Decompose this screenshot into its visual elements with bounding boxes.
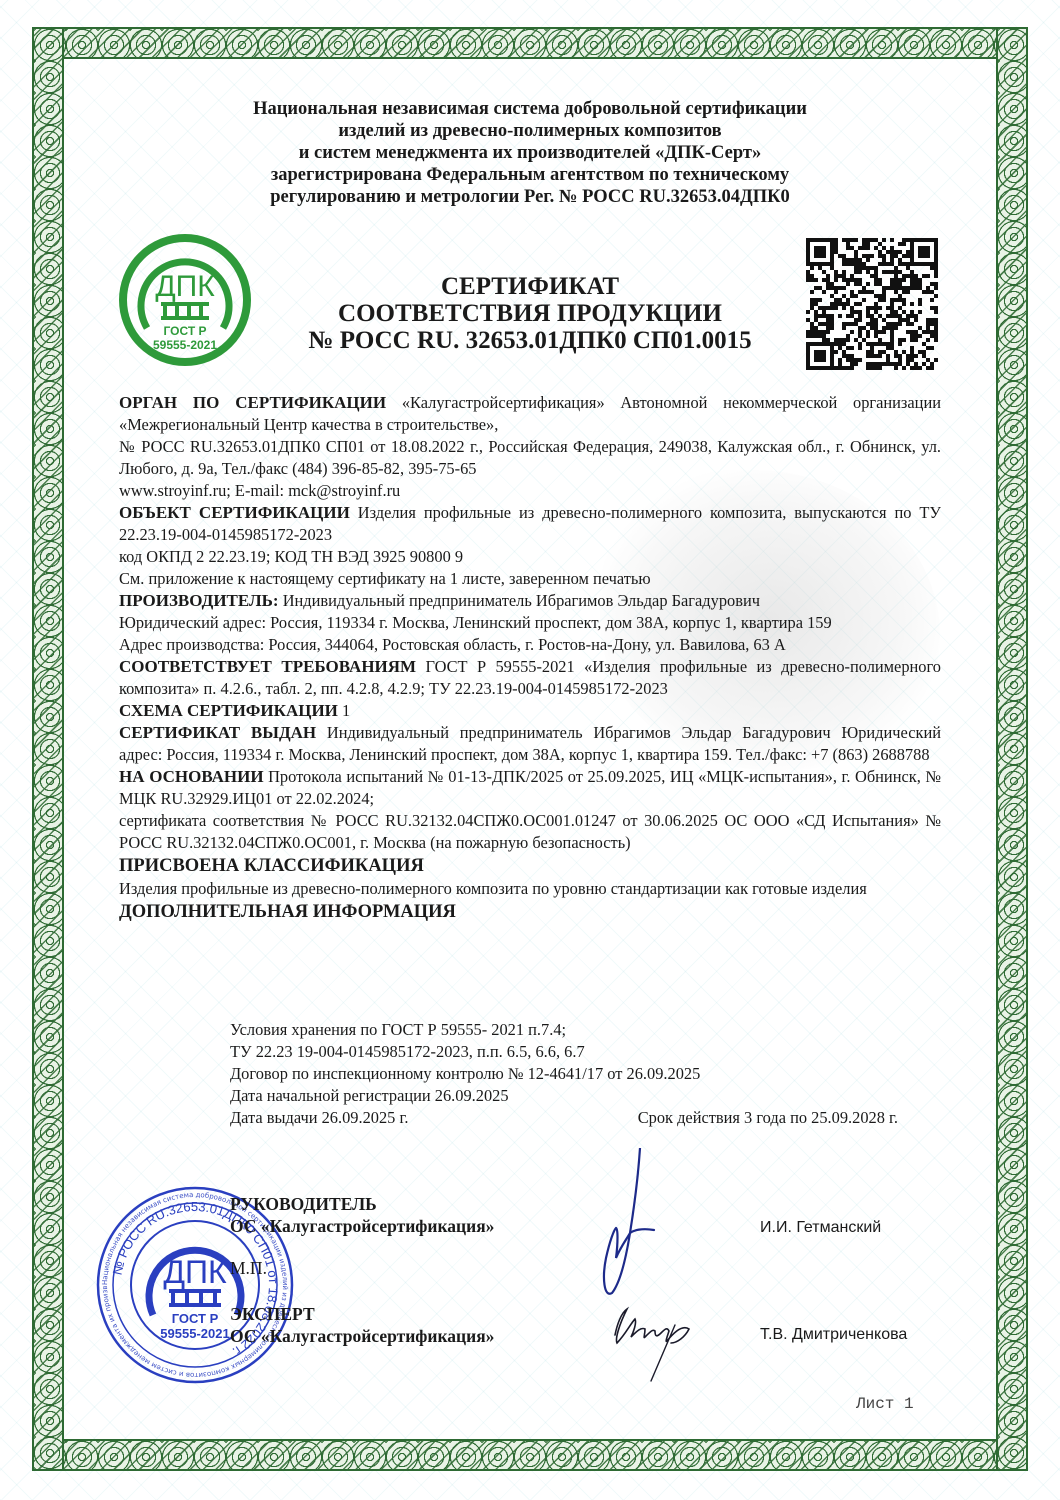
basis-section: НА ОСНОВАНИИ Протокола испытаний № 01-13… — [119, 766, 941, 810]
issued-to-section: СЕРТИФИКАТ ВЫДАН Индивидуальный предприн… — [119, 722, 941, 766]
certification-body-section: ОРГАН ПО СЕРТИФИКАЦИИ «Калугастройсертиф… — [119, 392, 941, 436]
section-label: ОРГАН ПО СЕРТИФИКАЦИИ — [119, 393, 386, 412]
dpk-logo-icon: ДПК ГОСТ Р 59555-2021 — [117, 232, 253, 368]
product-codes: код ОКПД 2 22.23.19; КОД ТН ВЭД 3925 908… — [119, 546, 941, 568]
certificate-body: ОРГАН ПО СЕРТИФИКАЦИИ «Калугастройсертиф… — [119, 392, 941, 924]
scheme-section: СХЕМА СЕРТИФИКАЦИИ 1 — [119, 700, 941, 722]
manufacturer-legal-address: Юридический адрес: Россия, 119334 г. Мос… — [119, 612, 941, 634]
head-org: ОС «Калугастройсертификация» — [230, 1215, 494, 1237]
border-bottom — [32, 1439, 1028, 1471]
issue-date: Дата выдачи 26.09.2025 г. — [230, 1107, 408, 1129]
head-signature-block: РУКОВОДИТЕЛЬ ОС «Калугастройсертификация… — [230, 1193, 494, 1237]
manufacturer-section: ПРОИЗВОДИТЕЛЬ: Индивидуальный предприним… — [119, 590, 941, 612]
head-title: РУКОВОДИТЕЛЬ — [230, 1193, 494, 1215]
section-label: ПРОИЗВОДИТЕЛЬ: — [119, 591, 279, 610]
sheet-number: Лист 1 — [856, 1395, 914, 1413]
appendix-note: См. приложение к настоящему сертификату … — [119, 568, 941, 590]
additional-info-label: ДОПОЛНИТЕЛЬНАЯ ИНФОРМАЦИЯ — [119, 900, 941, 924]
manufacturer-production-address: Адрес производства: Россия, 344064, Рост… — [119, 634, 941, 656]
certificate-title: СЕРТИФИКАТ СООТВЕТСТВИЯ ПРОДУКЦИИ № РОСС… — [270, 273, 790, 354]
title-line-1: СЕРТИФИКАТ — [270, 273, 790, 300]
expert-name: Т.В. Дмитриченкова — [760, 1326, 907, 1344]
certification-body-details: № РОСС RU.32653.01ДПК0 СП01 от 18.08.202… — [119, 436, 941, 480]
seal-label: М.П. — [230, 1257, 267, 1279]
section-label: СЕРТИФИКАТ ВЫДАН — [119, 723, 316, 742]
contact-links[interactable]: www.stroyinf.ru; E-mail: mck@stroyinf.ru — [119, 480, 941, 502]
header-line: регулированию и метрологии Рег. № РОСС R… — [150, 186, 910, 208]
border-right — [996, 27, 1028, 1471]
dates-row: Дата выдачи 26.09.2025 г. Срок действия … — [230, 1107, 910, 1129]
header-line: зарегистрирована Федеральным агентством … — [150, 164, 910, 186]
border-left — [32, 27, 64, 1471]
head-name: И.И. Гетманский — [760, 1219, 881, 1237]
issuing-system-header: Национальная независимая система доброво… — [150, 98, 910, 208]
expert-org: ОС «Калугастройсертификация» — [230, 1325, 494, 1347]
svg-text:59555-2021: 59555-2021 — [153, 338, 217, 352]
section-label: НА ОСНОВАНИИ — [119, 767, 264, 786]
qr-code-icon[interactable] — [806, 238, 938, 370]
section-label: ОБЪЕКТ СЕРТИФИКАЦИИ — [119, 503, 350, 522]
classification-text: Изделия профильные из древесно-полимерно… — [119, 878, 941, 900]
section-label: СХЕМА СЕРТИФИКАЦИИ — [119, 701, 338, 720]
header-line: Национальная независимая система доброво… — [150, 98, 910, 120]
additional-line: Договор по инспекционному контролю № 12-… — [230, 1063, 910, 1085]
certificate-number: № РОСС RU. 32653.01ДПК0 СП01.0015 — [270, 327, 790, 354]
additional-line: ТУ 22.23 19-004-0145985172-2023, п.п. 6.… — [230, 1041, 910, 1063]
svg-text:ГОСТ Р: ГОСТ Р — [172, 1311, 219, 1326]
section-label: СООТВЕТСТВУЕТ ТРЕБОВАНИЯМ — [119, 657, 416, 676]
conformity-section: СООТВЕТСТВУЕТ ТРЕБОВАНИЯМ ГОСТ Р 59555-2… — [119, 656, 941, 700]
border-top — [32, 27, 1028, 59]
basis-fire-certificate: сертификата соответствия № РОСС RU.32132… — [119, 810, 941, 854]
additional-info: Условия хранения по ГОСТ Р 59555- 2021 п… — [230, 1019, 910, 1129]
svg-text:ДПК: ДПК — [163, 1254, 227, 1290]
certification-object-section: ОБЪЕКТ СЕРТИФИКАЦИИ Изделия профильные и… — [119, 502, 941, 546]
additional-line: Условия хранения по ГОСТ Р 59555- 2021 п… — [230, 1019, 910, 1041]
head-signature-icon — [590, 1148, 680, 1303]
expert-signature-block: ЭКСПЕРТ ОС «Калугастройсертификация» — [230, 1303, 494, 1347]
classification-label: ПРИСВОЕНА КЛАССИФИКАЦИЯ — [119, 854, 941, 878]
title-line-2: СООТВЕТСТВИЯ ПРОДУКЦИИ — [270, 300, 790, 327]
additional-line: Дата начальной регистрации 26.09.2025 — [230, 1085, 910, 1107]
header-line: и систем менеджмента их производителей «… — [150, 142, 910, 164]
svg-text:ГОСТ Р: ГОСТ Р — [163, 324, 206, 338]
svg-text:ДПК: ДПК — [155, 270, 215, 303]
expert-title: ЭКСПЕРТ — [230, 1303, 494, 1325]
svg-text:59555-2021: 59555-2021 — [160, 1326, 229, 1341]
header-line: изделий из древесно-полимерных композито… — [150, 120, 910, 142]
expert-signature-icon — [605, 1295, 705, 1390]
validity-period: Срок действия 3 года по 25.09.2028 г. — [638, 1107, 898, 1129]
